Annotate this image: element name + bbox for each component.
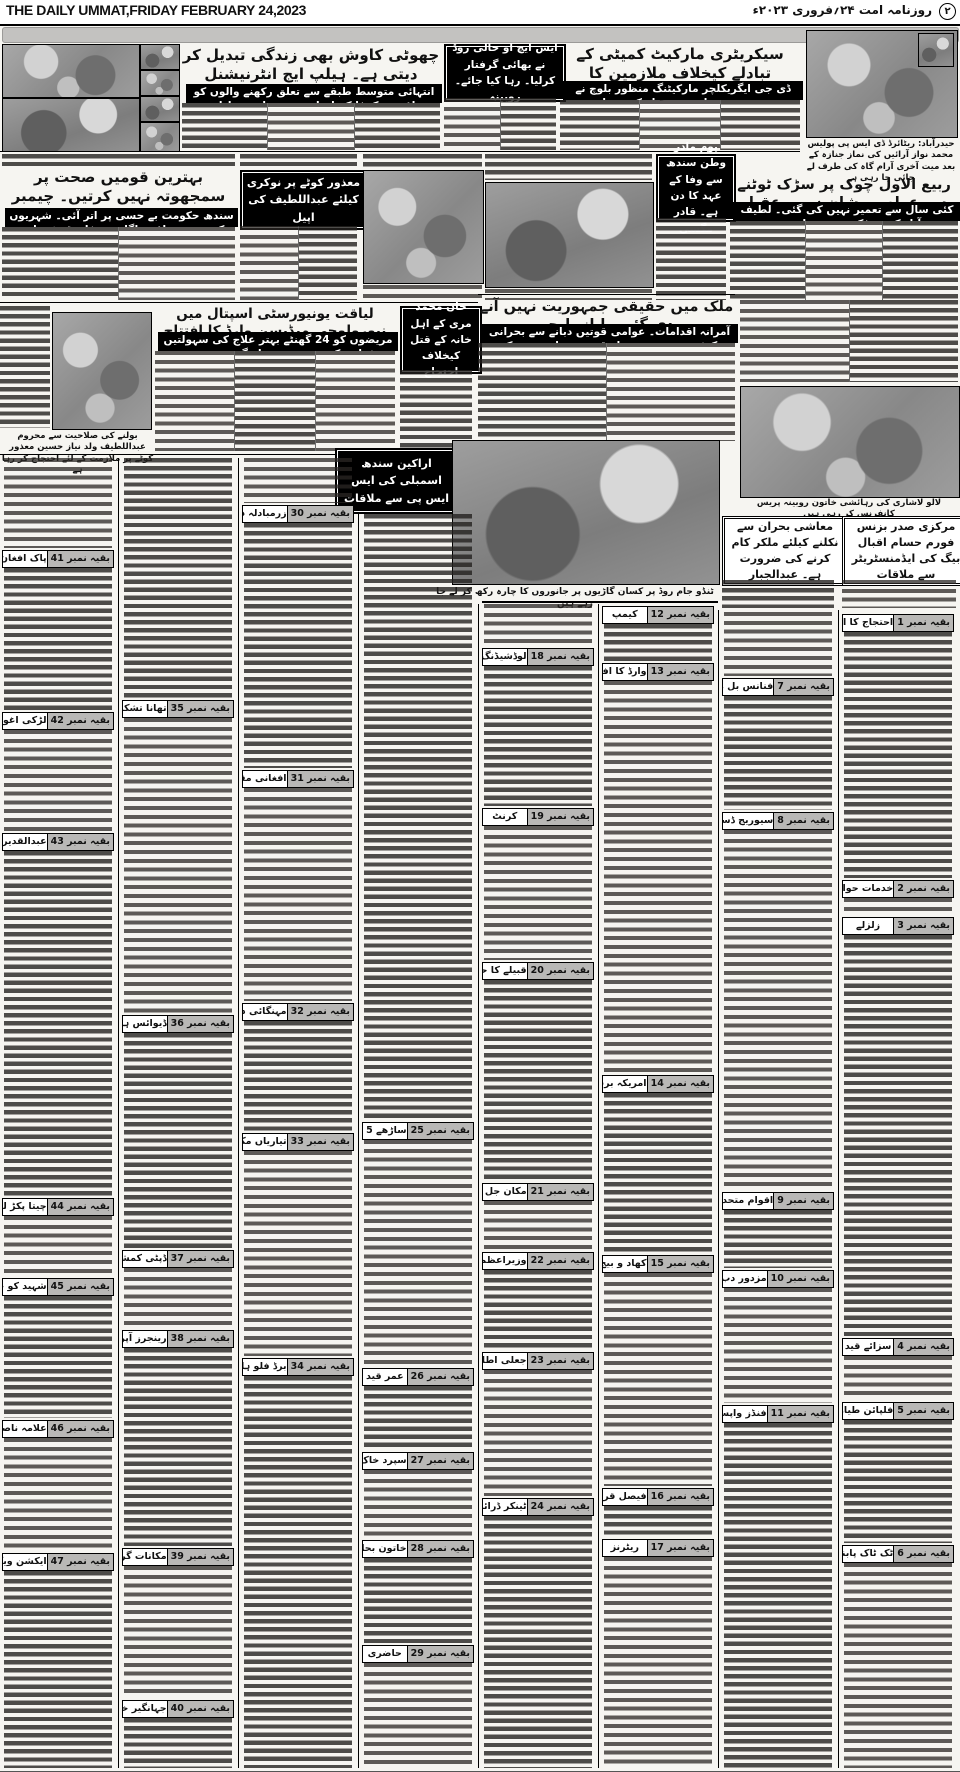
brief-body-text	[724, 696, 832, 810]
body-hospital	[155, 351, 395, 451]
brief-number: بقیہ نمبر 14	[647, 1076, 713, 1092]
brief-title: سیوریج ڈسپوزل	[723, 813, 773, 829]
brief-title: قبیلے کا حملہ	[483, 963, 527, 979]
brief-body-text	[364, 1140, 472, 1366]
brief-number: بقیہ نمبر 35	[167, 701, 233, 717]
brief-title: وارڈ کا افتتاح	[603, 664, 647, 680]
subhead-democracy: آمرانہ اقدامات۔ عوامی قوتیں دبانے سے بحر…	[481, 324, 738, 343]
headline-health: بہترین قومیں صحت پر سمجھوتہ نہیں کرتیں۔ …	[2, 168, 235, 206]
body-text	[2, 154, 235, 166]
brief-number: بقیہ نمبر 28	[407, 1541, 473, 1557]
brief-title: ریٹرنز	[603, 1540, 647, 1556]
brief-number: بقیہ نمبر 9	[773, 1193, 833, 1209]
brief-header-34: بقیہ نمبر 34برڈ فلو ہلاکت	[242, 1358, 354, 1376]
brief-title: علامہ ناصر گرفتاری	[3, 1421, 47, 1437]
body-text	[155, 351, 234, 451]
body-text	[485, 154, 652, 180]
masthead-title-en: THE DAILY UMMAT,FRIDAY FEBRUARY 24,2023	[6, 2, 306, 18]
brief-body-text	[124, 1268, 232, 1328]
body-right-top	[740, 300, 958, 382]
body-text	[298, 226, 357, 300]
headline-democracy: ملک میں حقیقی جمہوریت نہیں آنے دی گئی۔ ا…	[478, 298, 735, 322]
body-text	[182, 103, 267, 150]
column-rule-4	[478, 604, 479, 1768]
brief-title: تیاریاں مکمل	[243, 1134, 287, 1150]
brief-number: بقیہ نمبر 25	[407, 1123, 473, 1139]
masthead: THE DAILY UMMAT,FRIDAY FEBRUARY 24,2023 …	[0, 0, 960, 26]
brief-header-9: بقیہ نمبر 9اقوام متحدہ	[722, 1192, 834, 1210]
brief-title: افغانی مقدمہ	[243, 771, 287, 787]
brief-title: امریکہ برفباری	[603, 1076, 647, 1092]
portrait-4	[140, 122, 180, 152]
brief-number: بقیہ نمبر 37	[167, 1251, 233, 1267]
brief-header-7: بقیہ نمبر 7فنانس بل منظوری	[722, 678, 834, 696]
brief-body-text	[724, 612, 832, 676]
briefs-column-8: بقیہ نمبر 41پاک افغان اتفاقبقیہ نمبر 42ل…	[2, 458, 114, 1768]
brief-title: عمر قید	[363, 1369, 407, 1385]
brief-header-33: بقیہ نمبر 33تیاریاں مکمل	[242, 1133, 354, 1151]
brief-title: کرنٹ	[483, 809, 527, 825]
brief-number: بقیہ نمبر 44	[47, 1199, 113, 1215]
column-rule-6	[718, 610, 719, 1768]
brief-body-text	[844, 1420, 952, 1543]
brief-header-45: بقیہ نمبر 45شہید کو چیک	[2, 1278, 114, 1296]
brief-header-43: بقیہ نمبر 43عبدالقدیر رحیمون	[2, 833, 114, 851]
brief-body-text	[604, 1557, 712, 1768]
brief-number: بقیہ نمبر 42	[47, 713, 113, 729]
headline-market-committee: سیکریٹری مارکیٹ کمیٹی کے تبادلے کیخلاف م…	[560, 45, 800, 79]
brief-header-20: بقیہ نمبر 20قبیلے کا حملہ	[482, 962, 594, 980]
brief-header-27: بقیہ نمبر 27سپرد خاک	[362, 1452, 474, 1470]
caption-press-conference: لالو لاشاری کی رہائشی خاتون روبینہ پریس …	[740, 498, 958, 512]
brief-header-10: بقیہ نمبر 10مزدور دب گئے	[722, 1270, 834, 1288]
brief-number: بقیہ نمبر 17	[647, 1540, 713, 1556]
brief-number: بقیہ نمبر 12	[647, 607, 713, 623]
photo-fodder-road	[452, 440, 720, 585]
brief-body-text	[484, 1270, 592, 1350]
brief-header-30: بقیہ نمبر 30زرمبادلہ ذخائر	[242, 505, 354, 523]
brief-title: چیتا پکڑ لیا	[3, 1199, 47, 1215]
headline-hospital-ward: لیاقت یونیورسٹی اسپتال میں نیورولوجی میڈ…	[155, 306, 395, 330]
brief-body-text	[364, 1386, 472, 1450]
briefs-column-5: بقیہ نمبر 25ساڑھے 5 کروڑبقیہ نمبر 26عمر …	[362, 514, 474, 1768]
brief-body-text	[124, 458, 232, 698]
brief-header-4: بقیہ نمبر 4سزائے قید	[842, 1338, 954, 1356]
brief-number: بقیہ نمبر 15	[647, 1256, 713, 1272]
brief-header-28: بقیہ نمبر 28خاتون بحالی	[362, 1540, 474, 1558]
caption-handshake-greeked	[363, 285, 482, 299]
brief-body-text	[364, 1558, 472, 1643]
brief-header-19: بقیہ نمبر 19کرنٹ	[482, 808, 594, 826]
brief-title: فیصل قریشی	[603, 1489, 647, 1505]
brief-header-35: بقیہ نمبر 35تھانا تشکیل	[122, 700, 234, 718]
brief-title: خدمات حوالے	[843, 881, 893, 897]
brief-body-text	[844, 898, 952, 915]
briefs-column-4: بقیہ نمبر 18لوڈشیڈنگبقیہ نمبر 19کرنٹبقیہ…	[482, 604, 594, 1768]
brief-header-12: بقیہ نمبر 12کیمپ	[602, 606, 714, 624]
brief-title: سپرد خاک	[363, 1453, 407, 1469]
photo-collage-bottom	[2, 98, 140, 152]
brief-body-text	[484, 1201, 592, 1250]
subhead-market-committee: ڈی جی ایگریکلچر مارکیٹنگ منظور بلوچ نے ب…	[563, 81, 803, 100]
brief-title: لڑکی اغوا	[3, 713, 47, 729]
brief-number: بقیہ نمبر 7	[773, 679, 833, 695]
brief-header-6: بقیہ نمبر 6ٹک ٹاک پابندی	[842, 1545, 954, 1563]
brief-title: ٹینکر ڈرائیور	[483, 1499, 527, 1515]
body-text	[500, 98, 557, 150]
body-text	[882, 221, 958, 300]
brief-header-24: بقیہ نمبر 24ٹینکر ڈرائیور	[482, 1498, 594, 1516]
brief-body-text	[244, 1151, 352, 1356]
brief-number: بقیہ نمبر 6	[893, 1546, 953, 1562]
body-text	[315, 351, 395, 451]
photo-handshake	[363, 170, 484, 284]
brief-header-36: بقیہ نمبر 36ڈیوائس ہولڈرز	[122, 1015, 234, 1033]
brief-number: بقیہ نمبر 10	[767, 1271, 833, 1287]
body-text	[0, 306, 50, 428]
box-motherland-day: یوم مادر وطن سندھ سے وفا کے عہد کا دن ہے…	[656, 154, 736, 222]
box-disabled-quota: معذور کوٹے پر نوکری کیلئے عبداللطیف کی ا…	[240, 170, 367, 230]
brief-title: شہید کو چیک	[3, 1279, 47, 1295]
brief-number: بقیہ نمبر 5	[893, 1403, 953, 1419]
brief-title: عبدالقدیر رحیمون	[3, 834, 47, 850]
box-sho-hali-road: ایس ایچ او حالی روڈ نے بھائی گرفتار کرلی…	[444, 44, 566, 102]
brief-number: بقیہ نمبر 38	[167, 1331, 233, 1347]
brief-header-11: بقیہ نمبر 11فنڈز واپسی مطالبہ	[722, 1405, 834, 1423]
body-text	[240, 226, 298, 300]
brief-title: پاک افغان اتفاق	[3, 551, 47, 567]
brief-body-text	[124, 1566, 232, 1698]
body-quota	[240, 226, 357, 300]
brief-number: بقیہ نمبر 39	[167, 1549, 233, 1565]
brief-header-29: بقیہ نمبر 29حاضری	[362, 1645, 474, 1663]
brief-header-40: بقیہ نمبر 40جہانگیر خان	[122, 1700, 234, 1718]
brief-number: بقیہ نمبر 1	[893, 615, 953, 631]
body-text	[2, 227, 118, 300]
body-text	[730, 221, 805, 300]
column-rule-3	[358, 512, 359, 1768]
subhead-road: کئی سال سے تعمیر نہیں کی گئی۔ لطیف آباد …	[733, 202, 960, 221]
body-text	[444, 98, 500, 150]
brief-body-text	[364, 1663, 472, 1768]
brief-number: بقیہ نمبر 33	[287, 1134, 353, 1150]
brief-number: بقیہ نمبر 32	[287, 1004, 353, 1020]
column-rule-5	[598, 604, 599, 1768]
brief-body-text	[604, 681, 712, 1073]
brief-body-text	[604, 624, 712, 661]
photo-press-conference	[740, 386, 960, 498]
brief-header-16: بقیہ نمبر 16فیصل قریشی	[602, 1488, 714, 1506]
brief-number: بقیہ نمبر 45	[47, 1279, 113, 1295]
brief-title: مکانات گرے	[123, 1549, 167, 1565]
brief-header-31: بقیہ نمبر 31افغانی مقدمہ	[242, 770, 354, 788]
brief-body-text	[484, 1370, 592, 1496]
brief-title: رینجرز آپریشن	[123, 1331, 167, 1347]
brief-body-text	[4, 1571, 112, 1768]
body-text	[478, 343, 606, 441]
brief-number: بقیہ نمبر 4	[893, 1339, 953, 1355]
brief-header-26: بقیہ نمبر 26عمر قید	[362, 1368, 474, 1386]
box-economy-crisis: معاشی بحران سے نکلنے کیلئے ملکر کام کرنے…	[722, 516, 848, 586]
column-rule-7	[838, 610, 839, 1768]
brief-number: بقیہ نمبر 21	[527, 1184, 593, 1200]
brief-body-text	[244, 1376, 352, 1768]
hrule-caption	[482, 601, 718, 603]
brief-body-text	[844, 1356, 952, 1400]
brief-number: بقیہ نمبر 26	[407, 1369, 473, 1385]
body-forum	[842, 580, 956, 608]
brief-number: بقیہ نمبر 29	[407, 1646, 473, 1662]
briefs-column-3: بقیہ نمبر 12کیمپبقیہ نمبر 13وارڈ کا افتت…	[602, 604, 714, 1768]
brief-title: خاتون بحالی	[363, 1541, 407, 1557]
subhead-hospital-ward: مریضوں کو 24 گھنٹے بہتر علاج کی سہولتیں …	[158, 332, 398, 351]
brief-title: احتجاج کا اعلان	[843, 615, 893, 631]
brief-header-15: بقیہ نمبر 15کھاد و بیج	[602, 1255, 714, 1273]
briefs-column-1: بقیہ نمبر 1احتجاج کا اعلانبقیہ نمبر 2خدم…	[842, 612, 954, 1768]
body-democracy	[478, 343, 735, 441]
brief-header-2: بقیہ نمبر 2خدمات حوالے	[842, 880, 954, 898]
brief-body-text	[4, 1438, 112, 1551]
brief-header-41: بقیہ نمبر 41پاک افغان اتفاق	[2, 550, 114, 568]
body-economy	[722, 580, 834, 608]
caption-fodder-road: ٹنڈو جام روڈ پر کسان گاڑیوں پر جانوروں ک…	[432, 586, 718, 600]
body-text	[363, 154, 482, 167]
brief-body-text	[844, 1563, 952, 1768]
brief-body-text	[844, 935, 952, 1336]
brief-header-38: بقیہ نمبر 38رینجرز آپریشن	[122, 1330, 234, 1348]
brief-number: بقیہ نمبر 8	[773, 813, 833, 829]
brief-number: بقیہ نمبر 16	[647, 1489, 713, 1505]
brief-number: بقیہ نمبر 47	[47, 1554, 113, 1570]
body-text	[267, 103, 353, 150]
brief-number: بقیہ نمبر 46	[47, 1421, 113, 1437]
brief-number: بقیہ نمبر 36	[167, 1016, 233, 1032]
brief-number: بقیہ نمبر 30	[287, 506, 353, 522]
brief-header-22: بقیہ نمبر 22وزیراعظم اجلاس طلب	[482, 1252, 594, 1270]
body-motherland	[656, 218, 726, 300]
photo-protester-portrait	[52, 312, 152, 430]
body-sho	[444, 98, 556, 150]
brief-header-1: بقیہ نمبر 1احتجاج کا اعلان	[842, 614, 954, 632]
body-text	[354, 103, 440, 150]
brief-title: اقوام متحدہ	[723, 1193, 773, 1209]
body-text	[240, 154, 357, 166]
body-text	[234, 351, 314, 451]
brief-title: جہانگیر خان	[123, 1701, 167, 1717]
brief-header-17: بقیہ نمبر 17ریٹرنز	[602, 1539, 714, 1557]
subhead-health: سندھ حکومت بے حسی پر اتر آئی۔ شہریوں کی …	[5, 208, 238, 227]
brief-title: زلزلے	[843, 918, 893, 934]
brief-number: بقیہ نمبر 41	[47, 551, 113, 567]
brief-body-text	[724, 1423, 832, 1768]
brief-body-text	[244, 458, 352, 503]
briefs-column-7: بقیہ نمبر 35تھانا تشکیلبقیہ نمبر 36ڈیوائ…	[122, 458, 234, 1768]
brief-body-text	[604, 1506, 712, 1537]
brief-body-text	[484, 604, 592, 646]
brief-body-text	[364, 514, 472, 1120]
brief-title: ساڑھے 5 کروڑ	[363, 1123, 407, 1139]
brief-body-text	[124, 1033, 232, 1248]
brief-title: کیمپ	[603, 607, 647, 623]
hrule-band2b	[478, 294, 735, 295]
brief-header-46: بقیہ نمبر 46علامہ ناصر گرفتاری	[2, 1420, 114, 1438]
body-text	[720, 100, 800, 150]
brief-header-5: بقیہ نمبر 5فلپائن طیارہ	[842, 1402, 954, 1420]
photo-funeral-inset-portrait	[918, 33, 954, 67]
brief-body-text	[124, 1348, 232, 1546]
body-road	[730, 221, 958, 300]
brief-title: سزائے قید	[843, 1339, 893, 1355]
brief-header-25: بقیہ نمبر 25ساڑھے 5 کروڑ	[362, 1122, 474, 1140]
caption-funeral: حیدرآباد: ریٹائرڈ ڈی ایس پی پولیس محمد ن…	[806, 139, 956, 167]
brief-title: کھاد و بیج	[603, 1256, 647, 1272]
brief-number: بقیہ نمبر 23	[527, 1353, 593, 1369]
photo-office-visit	[485, 182, 654, 288]
brief-body-text	[4, 1296, 112, 1418]
brief-number: بقیہ نمبر 22	[527, 1253, 593, 1269]
brief-number: بقیہ نمبر 24	[527, 1499, 593, 1515]
column-rule-1	[118, 458, 119, 1768]
brief-body-text	[724, 1210, 832, 1268]
body-text	[849, 300, 959, 382]
brief-body-text	[364, 1470, 472, 1538]
brief-number: بقیہ نمبر 34	[287, 1359, 353, 1375]
brief-header-42: بقیہ نمبر 42لڑکی اغوا	[2, 712, 114, 730]
brief-title: زرمبادلہ ذخائر	[243, 506, 287, 522]
box-murree-protest: خان محمد مری کے اہل خانہ کے قتل کیخلاف ا…	[400, 306, 482, 374]
box-business-forum: مرکزی صدر بزنس فورم حسام اقبال بیگ کی ای…	[842, 516, 960, 586]
body-text	[740, 300, 849, 382]
brief-header-14: بقیہ نمبر 14امریکہ برفباری	[602, 1075, 714, 1093]
brief-header-23: بقیہ نمبر 23جعلی اطلاع پر گرفتار	[482, 1352, 594, 1370]
brief-body-text	[484, 666, 592, 806]
brief-title: مہنگائی دھرنا	[243, 1004, 287, 1020]
page-number-badge: ۲	[939, 3, 956, 20]
briefs-column-2: بقیہ نمبر 7فنانس بل منظوریبقیہ نمبر 8سیو…	[722, 612, 834, 1768]
brief-number: بقیہ نمبر 18	[527, 649, 593, 665]
brief-body-text	[4, 458, 112, 548]
photo-collage-top	[2, 44, 140, 98]
brief-body-text	[124, 718, 232, 1013]
portrait-2	[140, 70, 180, 96]
brief-body-text	[4, 730, 112, 831]
brief-title: برڈ فلو ہلاکت	[243, 1359, 287, 1375]
brief-number: بقیہ نمبر 11	[767, 1406, 833, 1422]
brief-body-text	[484, 980, 592, 1181]
brief-body-text	[844, 632, 952, 878]
portrait-1	[140, 44, 180, 70]
brief-header-18: بقیہ نمبر 18لوڈشیڈنگ	[482, 648, 594, 666]
brief-header-8: بقیہ نمبر 8سیوریج ڈسپوزل	[722, 812, 834, 830]
brief-number: بقیہ نمبر 43	[47, 834, 113, 850]
brief-header-44: بقیہ نمبر 44چیتا پکڑ لیا	[2, 1198, 114, 1216]
newspaper-page: THE DAILY UMMAT,FRIDAY FEBRUARY 24,2023 …	[0, 0, 960, 1772]
brief-title: فنڈز واپسی مطالبہ	[723, 1406, 767, 1422]
brief-body-text	[4, 1216, 112, 1276]
portrait-3	[140, 96, 180, 122]
brief-number: بقیہ نمبر 19	[527, 809, 593, 825]
brief-number: بقیہ نمبر 20	[527, 963, 593, 979]
brief-title: ڈپٹی کمشنر	[123, 1251, 167, 1267]
brief-number: بقیہ نمبر 13	[647, 664, 713, 680]
brief-title: ڈیوائس ہولڈرز	[123, 1016, 167, 1032]
brief-body-text	[244, 1021, 352, 1131]
brief-body-text	[724, 1288, 832, 1403]
brief-header-39: بقیہ نمبر 39مکانات گرے	[122, 1548, 234, 1566]
brief-body-text	[244, 523, 352, 768]
body-text	[118, 227, 235, 300]
brief-number: بقیہ نمبر 31	[287, 771, 353, 787]
brief-title: ٹک ٹاک پابندی	[843, 1546, 893, 1562]
masthead-date-urdu: روزنامہ امت ۲۴؍فروری ۲۰۲۳ء	[753, 3, 932, 17]
brief-title: وزیراعظم اجلاس طلب	[483, 1253, 527, 1269]
body-text	[606, 343, 735, 441]
brief-number: بقیہ نمبر 27	[407, 1453, 473, 1469]
brief-header-47: بقیہ نمبر 47ایکشن ویک مشن	[2, 1553, 114, 1571]
brief-header-13: بقیہ نمبر 13وارڈ کا افتتاح	[602, 663, 714, 681]
brief-body-text	[484, 1516, 592, 1768]
brief-title: جعلی اطلاع پر گرفتار	[483, 1353, 527, 1369]
brief-body-text	[124, 1718, 232, 1768]
brief-body-text	[4, 568, 112, 710]
brief-title: مکان جل گیا	[483, 1184, 527, 1200]
brief-title: حاضری	[363, 1646, 407, 1662]
brief-header-37: بقیہ نمبر 37ڈپٹی کمشنر	[122, 1250, 234, 1268]
subhead-help-age: انتہائی متوسط طبقے سے تعلق رکھنے والوں ک…	[186, 84, 442, 103]
brief-body-text	[244, 788, 352, 1001]
brief-body-text	[604, 1273, 712, 1486]
briefs-column-6: بقیہ نمبر 30زرمبادلہ ذخائربقیہ نمبر 31اف…	[242, 458, 354, 1768]
brief-title: فلپائن طیارہ	[843, 1403, 893, 1419]
body-help-age	[182, 103, 440, 150]
brief-title: فنانس بل منظوری	[723, 679, 773, 695]
brief-number: بقیہ نمبر 40	[167, 1701, 233, 1717]
caption-disabled-protester: بولنے کی صلاحیت سے محروم عبداللطیف ولد ن…	[0, 431, 155, 455]
brief-header-3: بقیہ نمبر 3زلزلے	[842, 917, 954, 935]
brief-title: ایکشن ویک مشن	[3, 1554, 47, 1570]
brief-body-text	[484, 826, 592, 960]
brief-body-text	[604, 1093, 712, 1253]
headline-road: ربیع الاول چوک پر سڑک ٹوٹنے سے عوام پریش…	[730, 176, 958, 200]
brief-number: بقیہ نمبر 3	[893, 918, 953, 934]
brief-header-21: بقیہ نمبر 21مکان جل گیا	[482, 1183, 594, 1201]
body-text	[805, 221, 881, 300]
brief-number: بقیہ نمبر 2	[893, 881, 953, 897]
brief-body-text	[4, 851, 112, 1196]
brief-body-text	[724, 830, 832, 1190]
brief-title: لوڈشیڈنگ	[483, 649, 527, 665]
headline-help-age: چھوٹی کاوش بھی زندگی تبدیل کر دیتی ہے۔ ہ…	[182, 46, 440, 82]
column-rule-2	[238, 458, 239, 1768]
brief-header-32: بقیہ نمبر 32مہنگائی دھرنا	[242, 1003, 354, 1021]
brief-title: مزدور دب گئے	[723, 1271, 767, 1287]
body-health	[2, 227, 235, 300]
body-text	[560, 100, 639, 150]
brief-title: تھانا تشکیل	[123, 701, 167, 717]
